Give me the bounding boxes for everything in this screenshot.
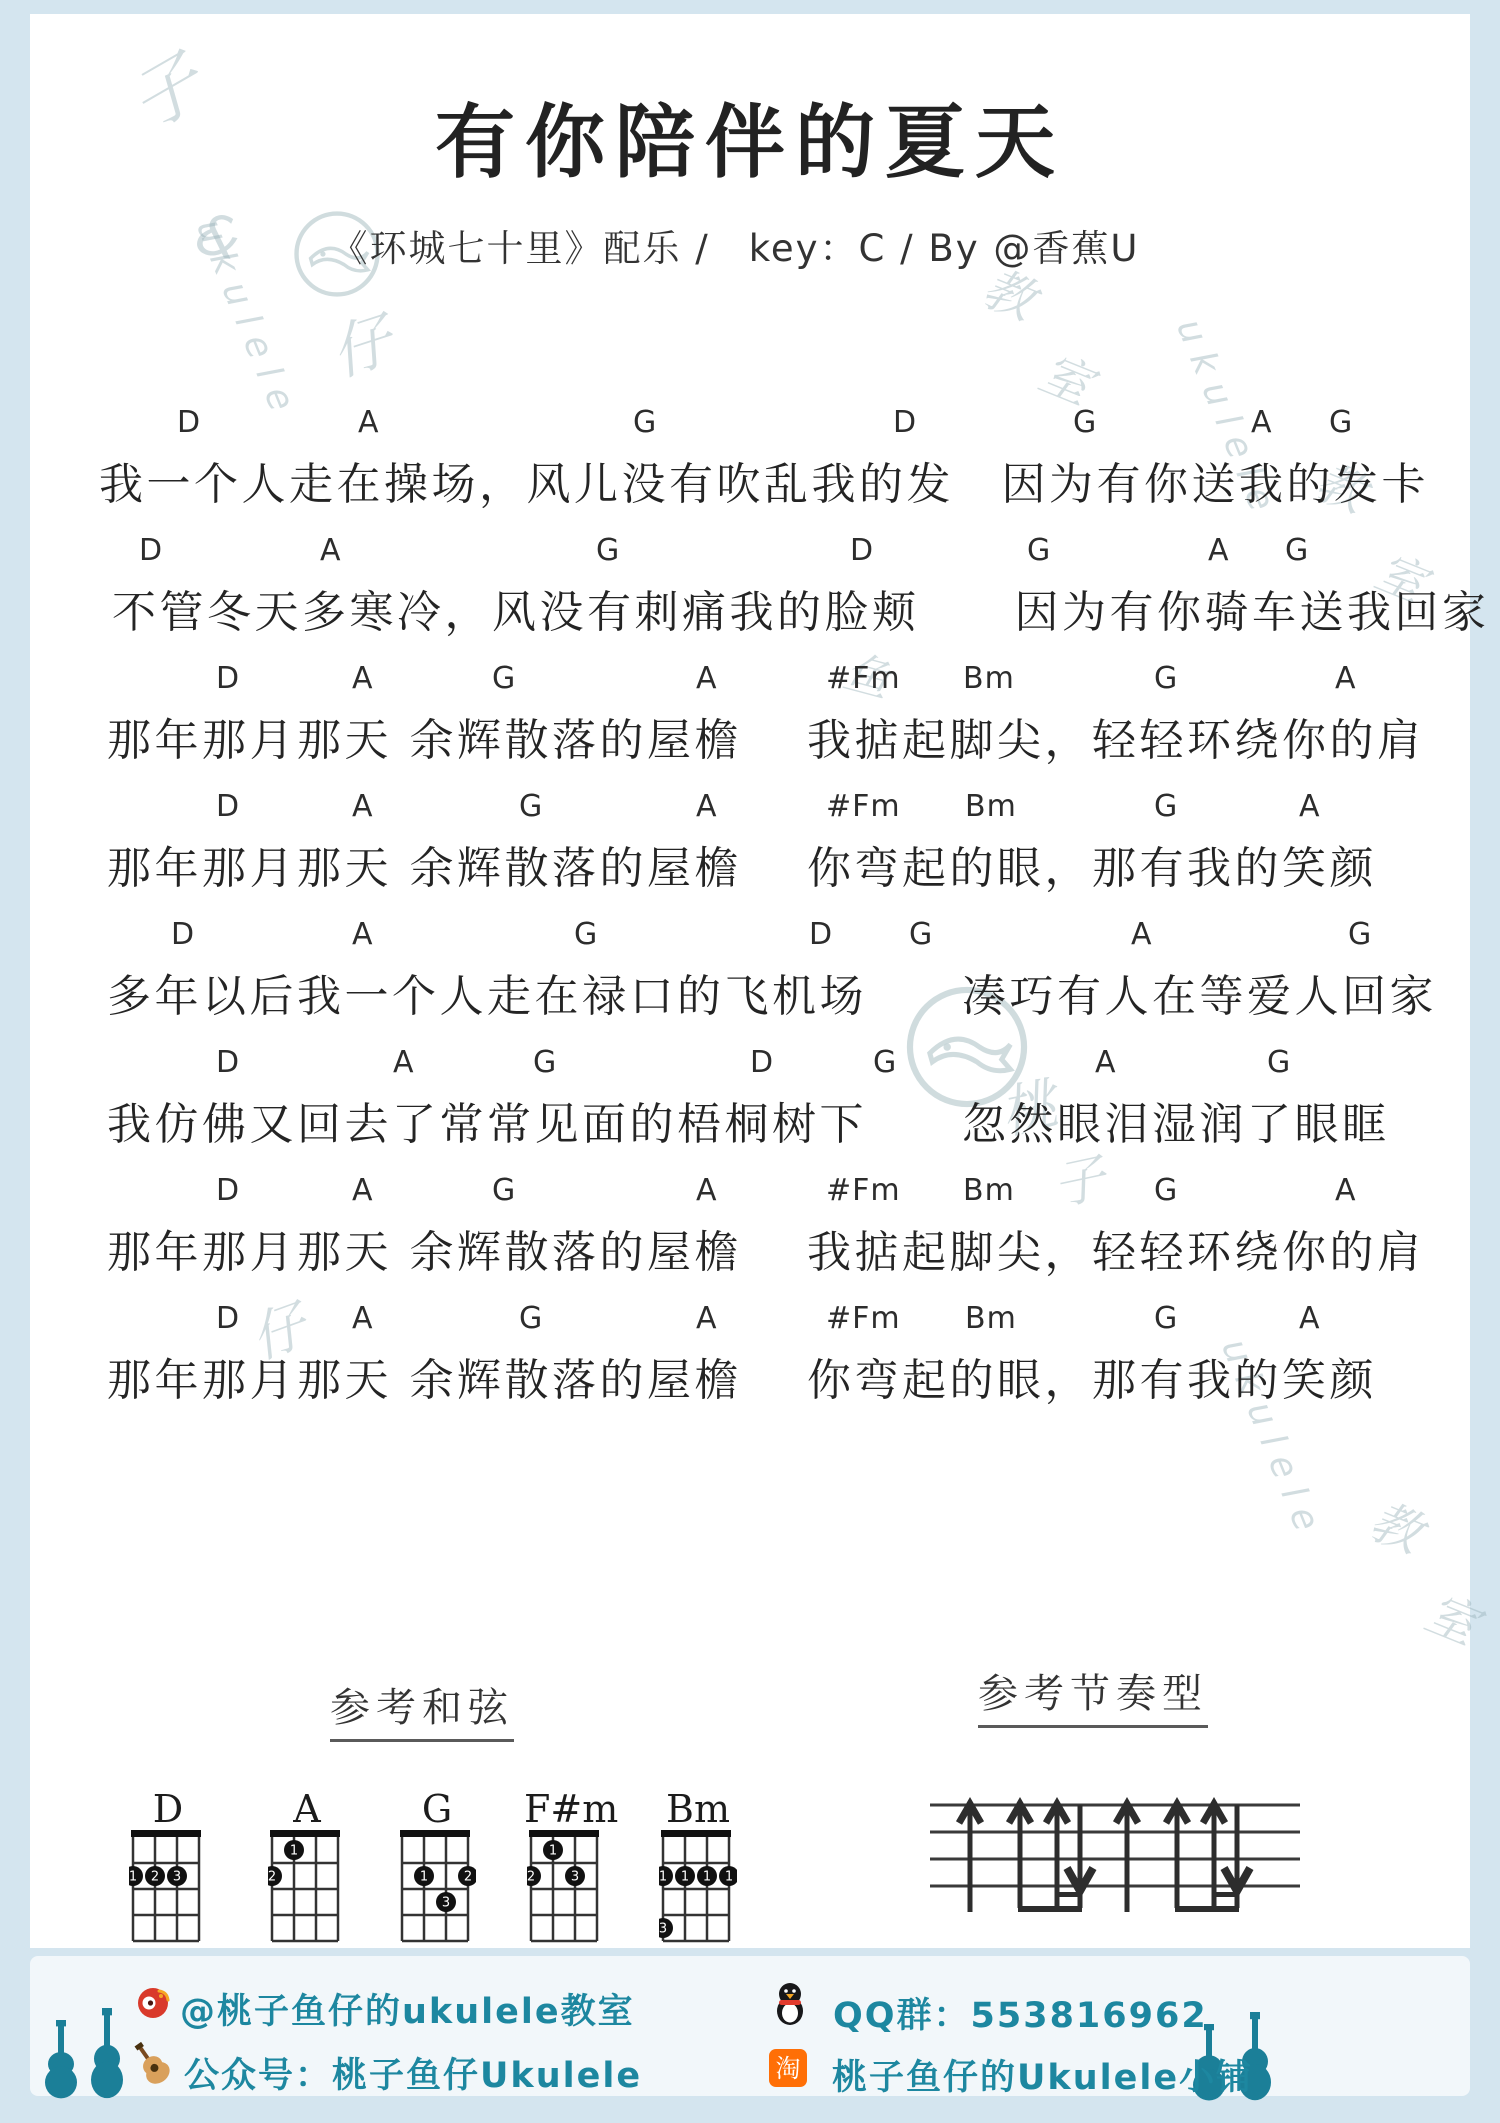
- lyric-line: 不管冬天多寒冷，风没有刺痛我的脸颊 因为有你骑车送我回家: [112, 576, 1490, 640]
- chord-label: A: [696, 1173, 718, 1208]
- chord-label: #Fm: [826, 1301, 901, 1336]
- section-header-rhythm: 参考节奏型: [978, 1662, 1208, 1728]
- chord-label: Bm: [963, 661, 1015, 696]
- qq-icon: [770, 1980, 810, 2030]
- chord-label: Bm: [965, 1301, 1017, 1336]
- chord-label: A: [1095, 1045, 1117, 1080]
- chord-sheet-page: 子& 仔ukulele教室ukulele教室鱼 桃子仔ukulele教室 有你陪…: [0, 0, 1500, 2123]
- footer-weibo-label: @桃子鱼仔的ukulele教室: [180, 1984, 635, 2034]
- lyric-line: 那年那月那天 余辉散落的屋檐 你弯起的眼，那有我的笑颜: [107, 832, 1377, 896]
- chord-label: A: [696, 789, 718, 824]
- footer-qq-label: QQ群：553816962: [833, 1988, 1208, 2038]
- chord-label: D: [216, 1301, 240, 1336]
- lyric-line: 我仿佛又回去了常常见面的梧桐树下 忽然眼泪湿润了眼眶: [107, 1088, 1390, 1152]
- chord-label: A: [696, 661, 718, 696]
- chord-label: G: [574, 917, 598, 952]
- chord-label: A: [393, 1045, 415, 1080]
- song-subtitle: 《环城七十里》配乐 / key：C / By @香蕉U: [0, 218, 1470, 272]
- chord-label: G: [1073, 405, 1097, 440]
- chord-diagram-name: A: [265, 1790, 349, 1828]
- chord-label: G: [492, 661, 516, 696]
- chord-label: A: [1131, 917, 1153, 952]
- chord-label: D: [216, 789, 240, 824]
- svg-text:3: 3: [571, 1870, 579, 1885]
- chord-label: A: [320, 533, 342, 568]
- chord-label: D: [139, 533, 163, 568]
- section-header-chords: 参考和弦: [330, 1676, 514, 1742]
- lyric-line: 那年那月那天 余辉散落的屋檐 我掂起脚尖，轻轻环绕你的肩: [107, 704, 1424, 768]
- chord-label: G: [633, 405, 657, 440]
- chord-label: A: [352, 1301, 374, 1336]
- svg-text:1: 1: [725, 1870, 733, 1885]
- chord-diagram-name: Bm: [656, 1790, 740, 1828]
- chord-label: D: [809, 917, 833, 952]
- chord-label: A: [358, 405, 380, 440]
- lyric-line: 我一个人走在操场，风儿没有吹乱我的发 因为有你送我的发卡: [99, 448, 1429, 512]
- chord-label: G: [1267, 1045, 1291, 1080]
- ukulele-icon: [90, 2008, 124, 2100]
- chord-label: G: [909, 917, 933, 952]
- svg-text:1: 1: [129, 1870, 137, 1885]
- svg-text:2: 2: [527, 1870, 535, 1885]
- lyric-line: 多年以后我一个人走在禄口的飞机场 凑巧有人在等爱人回家: [107, 960, 1437, 1024]
- chord-label: D: [750, 1045, 774, 1080]
- chord-label: A: [1335, 1173, 1357, 1208]
- chord-label: A: [1251, 405, 1273, 440]
- chord-label: #Fm: [826, 789, 901, 824]
- chord-label: D: [177, 405, 201, 440]
- svg-text:1: 1: [420, 1870, 428, 1885]
- chord-label: A: [352, 917, 374, 952]
- svg-text:3: 3: [659, 1922, 667, 1937]
- chord-label: G: [1154, 1301, 1178, 1336]
- chord-label: G: [1154, 789, 1178, 824]
- chord-label: G: [519, 789, 543, 824]
- chord-label: #Fm: [826, 661, 901, 696]
- lyric-line: 那年那月那天 余辉散落的屋檐 我掂起脚尖，轻轻环绕你的肩: [107, 1216, 1424, 1280]
- chord-label: A: [1208, 533, 1230, 568]
- song-title: 有你陪伴的夏天: [0, 78, 1500, 193]
- chord-label: A: [1299, 1301, 1321, 1336]
- ukulele-silhouettes-left: [44, 2008, 124, 2100]
- chord-label: #Fm: [826, 1173, 901, 1208]
- chord-diagram-F#m: F#m123: [524, 1790, 608, 1954]
- ukulele-icon: [44, 2020, 78, 2100]
- chord-label: A: [352, 1173, 374, 1208]
- chord-label: G: [1348, 917, 1372, 952]
- chord-label: D: [850, 533, 874, 568]
- svg-text:1: 1: [659, 1870, 667, 1885]
- svg-text:3: 3: [442, 1896, 450, 1911]
- chord-diagram-name: D: [126, 1790, 210, 1828]
- chord-label: D: [216, 1173, 240, 1208]
- svg-text:1: 1: [549, 1844, 557, 1859]
- svg-text:2: 2: [151, 1870, 159, 1885]
- chord-diagram-name: G: [395, 1790, 479, 1828]
- footer-wechat-label: 公众号：桃子鱼仔Ukulele: [184, 2048, 642, 2098]
- guitar-icon: [128, 2040, 174, 2090]
- chord-label: A: [1299, 789, 1321, 824]
- weibo-icon: [135, 1983, 173, 2025]
- chord-diagram-G: G123: [395, 1790, 479, 1954]
- svg-text:淘: 淘: [775, 2054, 800, 2083]
- chord-label: G: [1154, 661, 1178, 696]
- lyric-line: 那年那月那天 余辉散落的屋檐 你弯起的眼，那有我的笑颜: [107, 1344, 1377, 1408]
- chord-label: A: [696, 1301, 718, 1336]
- chord-label: G: [1285, 533, 1309, 568]
- svg-text:1: 1: [681, 1870, 689, 1885]
- rhythm-pattern-diagram: [915, 1780, 1315, 1940]
- svg-text:1: 1: [290, 1844, 298, 1859]
- chord-label: G: [1329, 405, 1353, 440]
- chord-label: G: [1154, 1173, 1178, 1208]
- svg-text:3: 3: [173, 1870, 181, 1885]
- chord-label: Bm: [965, 789, 1017, 824]
- chord-label: A: [1335, 661, 1357, 696]
- svg-text:1: 1: [703, 1870, 711, 1885]
- chord-label: A: [352, 789, 374, 824]
- chord-label: G: [533, 1045, 557, 1080]
- chord-label: D: [216, 661, 240, 696]
- chord-label: G: [596, 533, 620, 568]
- svg-text:2: 2: [464, 1870, 472, 1885]
- footer-taobao-label: 桃子鱼仔的Ukulele小铺: [832, 2050, 1253, 2100]
- chord-label: G: [1027, 533, 1051, 568]
- chord-label: G: [873, 1045, 897, 1080]
- chord-diagram-D: D123: [126, 1790, 210, 1954]
- chord-label: G: [492, 1173, 516, 1208]
- chord-diagram-name: F#m: [524, 1790, 608, 1828]
- chord-label: D: [171, 917, 195, 952]
- chord-diagram-Bm: Bm11113: [656, 1790, 740, 1954]
- chord-label: Bm: [963, 1173, 1015, 1208]
- chord-diagram-A: A12: [265, 1790, 349, 1954]
- chord-label: A: [352, 661, 374, 696]
- svg-text:2: 2: [268, 1870, 276, 1885]
- chord-label: G: [519, 1301, 543, 1336]
- chord-label: D: [216, 1045, 240, 1080]
- taobao-icon: 淘: [768, 2048, 808, 2092]
- chord-label: D: [893, 405, 917, 440]
